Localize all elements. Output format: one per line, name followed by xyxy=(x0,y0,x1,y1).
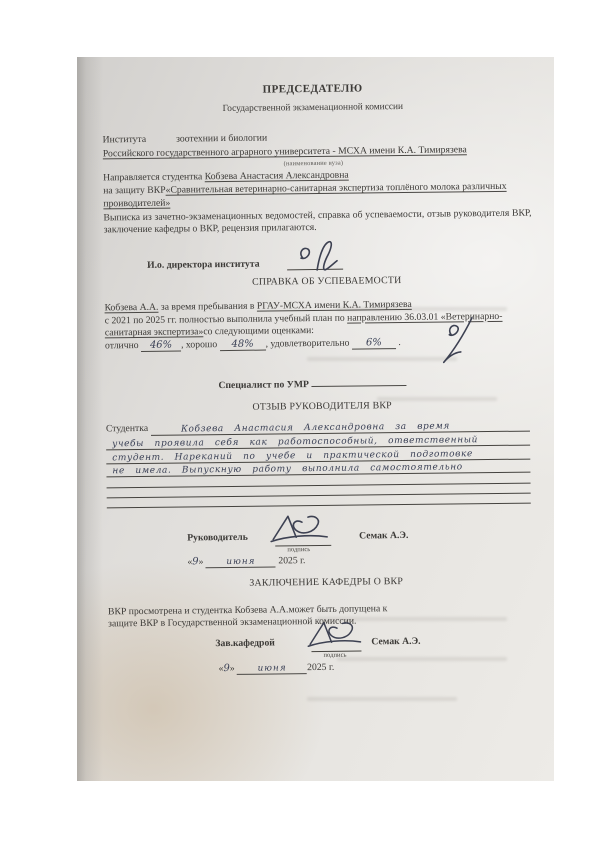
plan-text: с 2021 по 2025 гг. полностью выполнила у… xyxy=(105,312,345,326)
review-date-line: «9» июня 2025 г. xyxy=(187,555,305,568)
direction-underlined: направлению 36.03.01 «Ветеринарно- xyxy=(347,310,502,323)
signature-caption: подпись xyxy=(287,546,310,553)
review-empty-line xyxy=(107,493,531,499)
department-head-label: Зав.кафедрой xyxy=(215,637,275,650)
commission-subtitle: Государственной экзаменационной комиссии xyxy=(74,99,551,116)
excellent-value: 46% xyxy=(150,339,172,350)
institute-value: зоотехнии и биологии xyxy=(176,133,267,145)
conclusion-date-year: 2025 г. xyxy=(307,662,334,673)
review-empty-line xyxy=(107,483,531,489)
conclusion-section-title: ЗАКЛЮЧЕНИЕ КАФЕДРЫ О ВКР xyxy=(88,574,565,590)
photographed-paper: ПРЕДСЕДАТЕЛЮ Государственной экзаменацио… xyxy=(77,57,554,781)
institute-line: Институтазоотехнии и биологии xyxy=(103,133,268,147)
head-name: Семак А.Э. xyxy=(371,636,420,649)
attachments-paragraph: Выписка из зачетно-экзаменационных ведом… xyxy=(103,208,531,238)
good-blank: 48% xyxy=(220,338,266,351)
grades-signature xyxy=(435,312,478,367)
satisfactory-value: 6% xyxy=(366,337,382,348)
review-section-title: ОТЗЫВ РУКОВОДИТЕЛЯ ВКР xyxy=(84,398,561,414)
student-label: Студентка xyxy=(106,423,148,435)
student-short-name: Кобзева А.А. xyxy=(104,302,158,314)
review-month-blank: июня xyxy=(206,555,276,568)
acting-director-label: И.о. директора института xyxy=(147,259,260,272)
defense-prefix: на защиту ВКР xyxy=(103,185,165,197)
review-date-year: 2025 г. xyxy=(278,555,305,566)
supervisor-signature xyxy=(269,512,329,545)
expertise-underlined: санитарная экспертиза» xyxy=(105,326,204,338)
satisfactory-blank: 6% xyxy=(352,337,396,349)
conclusion-date-month: июня xyxy=(258,663,287,673)
quote-close: » xyxy=(199,556,204,567)
grades-line: отлично 46%, хорошо 48%, удовлетворитель… xyxy=(105,337,401,352)
stay-text: за время пребывания в xyxy=(161,301,255,313)
institute-label: Института xyxy=(103,134,147,145)
excellent-blank: 46% xyxy=(141,339,181,351)
supervisor-name: Семак А.Э. xyxy=(359,530,408,543)
umr-line: Специалист по УМР xyxy=(218,374,406,392)
head-signature xyxy=(306,618,362,649)
student-name: Кобзева Анастасия Александровна xyxy=(205,170,349,183)
good-label: , хорошо xyxy=(181,339,217,350)
quote-close: » xyxy=(230,663,235,674)
addressee-title: ПРЕДСЕДАТЕЛЮ xyxy=(74,80,551,97)
supervisor-label: Руководитель xyxy=(187,532,248,545)
signature-caption: подпись xyxy=(323,652,346,659)
scanned-letter-page: ПРЕДСЕДАТЕЛЮ Государственной экзаменацио… xyxy=(0,0,595,841)
umr-blank xyxy=(311,374,406,387)
university-short: РГАУ-МСХА имени К.А. Тимирязева xyxy=(257,299,412,312)
review-empty-line xyxy=(107,503,531,509)
excellent-label: отлично xyxy=(105,340,139,351)
conclusion-date-line: «9» июня2025 г. xyxy=(219,662,335,675)
document-content: ПРЕДСЕДАТЕЛЮ Государственной экзаменацио… xyxy=(74,54,559,783)
review-date-month: июня xyxy=(226,557,255,567)
progress-section-title: СПРАВКА ОБ УСПЕВАЕМОСТИ xyxy=(88,273,565,289)
review-handwriting-4: не имела. Выпускную работу выполнила сам… xyxy=(112,462,462,476)
satisfactory-label: , удовлетворительно xyxy=(266,337,350,349)
umr-label: Специалист по УМР xyxy=(218,379,309,391)
good-value: 48% xyxy=(231,338,253,349)
grades-intro: со следующими оценками: xyxy=(203,325,314,337)
conclusion-month-blank: июня xyxy=(237,662,307,675)
thesis-line-2: проиводителей» xyxy=(103,198,170,211)
send-prefix: Направляется студентка xyxy=(103,171,202,183)
period: . xyxy=(398,337,401,348)
director-signature xyxy=(290,239,342,274)
